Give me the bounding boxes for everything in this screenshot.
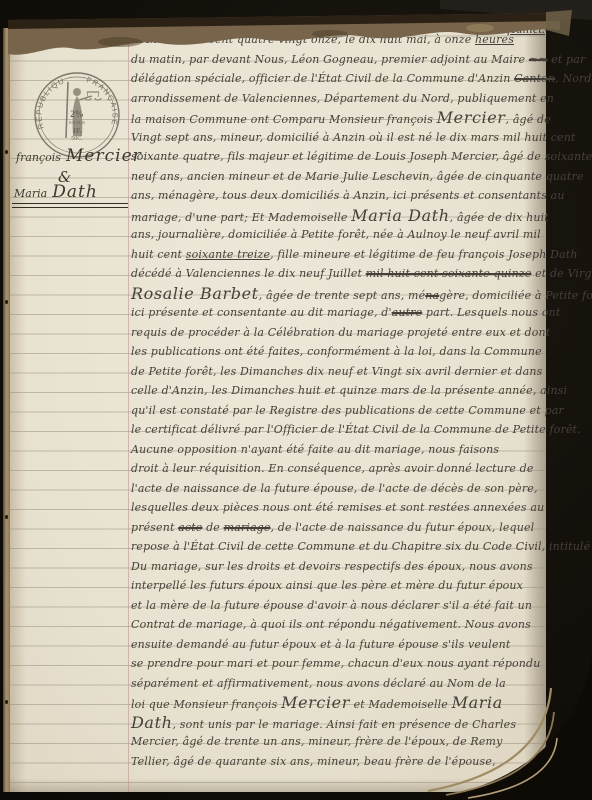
manuscript-line: présent acte de mariage, de l'acte de na…	[131, 518, 537, 538]
stitch-dot	[5, 515, 8, 519]
manuscript-line: Vingt sept ans, mineur, domicilié à Anzi…	[131, 128, 537, 148]
margin-bride-name: Maria Dath	[14, 182, 98, 202]
manuscript-line: celle d'Anzin, les Dimanches huit et qui…	[131, 381, 537, 401]
manuscript-line: de Petite forêt, les Dimanches dix neuf …	[131, 362, 537, 382]
register-page: No41 33e feuillet. RÉPUBLIQUE FRANÇAISE	[10, 26, 546, 792]
photo-background: No41 33e feuillet. RÉPUBLIQUE FRANÇAISE	[0, 0, 592, 800]
manuscript-line: loi que Monsieur françois Mercier et Mad…	[131, 693, 537, 713]
manuscript-line: mariage, d'une part; Et Mademoiselle Mar…	[131, 206, 537, 226]
manuscript-line: interpellé les futurs époux ainsi que le…	[131, 576, 537, 596]
manuscript-text: L'An mil huit cent quatre vingt onze, le…	[131, 30, 537, 771]
manuscript-line: droit à leur réquisition. En conséquence…	[131, 459, 537, 479]
manuscript-line: Tellier, âgé de quarante six ans, mineur…	[131, 752, 537, 772]
manuscript-line: délégation spéciale, officier de l'État …	[131, 69, 537, 89]
manuscript-line: Mercier, âgé de trente un ans, mineur, f…	[131, 732, 537, 752]
manuscript-line: Aucune opposition n'ayant été faite au d…	[131, 440, 537, 460]
act-number-digits: 41	[72, 29, 92, 45]
manuscript-line: les publications ont été faites, conform…	[131, 342, 537, 362]
folio-sup: e	[501, 21, 505, 30]
manuscript-line: neuf ans, ancien mineur et de Marie Juli…	[131, 167, 537, 187]
manuscript-line: L'An mil huit cent quatre vingt onze, le…	[131, 30, 537, 50]
manuscript-line: décédé à Valenciennes le dix neuf Juille…	[131, 264, 537, 284]
manuscript-line: l'acte de naissance de la future épouse,…	[131, 479, 537, 499]
manuscript-line: requis de procéder à la Célébration du m…	[131, 323, 537, 343]
manuscript-line: ensuite demandé au futur époux et à la f…	[131, 635, 537, 655]
manuscript-line: la maison Commune ont Comparu Monsieur f…	[131, 108, 537, 128]
stamp-franc-text: 1F.	[73, 127, 82, 135]
manuscript-line: arrondissement de Valenciennes, Départem…	[131, 89, 537, 109]
manuscript-line: soixante quatre, fils majeur et légitime…	[131, 147, 537, 167]
manuscript-line: séparément et affirmativement, nous avon…	[131, 674, 537, 694]
manuscript-line: le certificat délivré par l'Officier de …	[131, 420, 537, 440]
manuscript-line: ans, ménagère, tous deux domiciliés à An…	[131, 186, 537, 206]
act-number-letter: N	[52, 29, 65, 45]
stamp-ensus-text: EN SUS	[69, 120, 85, 125]
margin-groom-name: françois Mercier	[16, 146, 142, 166]
top-right-shadow	[440, 0, 592, 20]
stamp-cent-text: 50C.	[71, 136, 83, 142]
manuscript-line: huit cent soixante treize, fille mineure…	[131, 245, 537, 265]
act-number: No41	[52, 28, 92, 45]
manuscript-line: du matin, par devant Nous, Léon Gogneau,…	[131, 50, 537, 70]
page-corner-behind	[546, 10, 572, 36]
margin-bride-first: Maria	[14, 187, 47, 200]
binding-strip	[3, 28, 10, 792]
margin-vertical-rule	[128, 26, 129, 792]
margin-groom-first: françois	[16, 151, 61, 164]
manuscript-line: se prendre pour mari et pour femme, chac…	[131, 654, 537, 674]
manuscript-line: Rosalie Barbet, âgée de trente sept ans,…	[131, 284, 537, 304]
manuscript-line: qu'il est constaté par le Registre des p…	[131, 401, 537, 421]
manuscript-line: Contrat de mariage, à quoi ils ont répon…	[131, 615, 537, 635]
stitch-dot	[5, 300, 8, 304]
manuscript-line: repose à l'État Civil de cette Commune e…	[131, 537, 537, 557]
manuscript-line: Dath, sont unis par le mariage. Ainsi fa…	[131, 713, 537, 733]
stitch-dot	[5, 700, 8, 704]
manuscript-line: Du mariage, sur les droits et devoirs re…	[131, 557, 537, 577]
manuscript-line: et la mère de la future épouse d'avoir à…	[131, 596, 537, 616]
margin-bride-last: Dath	[52, 182, 98, 202]
stitch-dot	[5, 150, 8, 154]
margin-separator-rule	[12, 203, 128, 208]
manuscript-line: ici présente et consentante au dit maria…	[131, 303, 537, 323]
manuscript-line: ans, journalière, domiciliée à Petite fo…	[131, 225, 537, 245]
stamp-percent-text: 2%	[70, 109, 84, 119]
manuscript-line: lesquelles deux pièces nous ont été remi…	[131, 498, 537, 518]
